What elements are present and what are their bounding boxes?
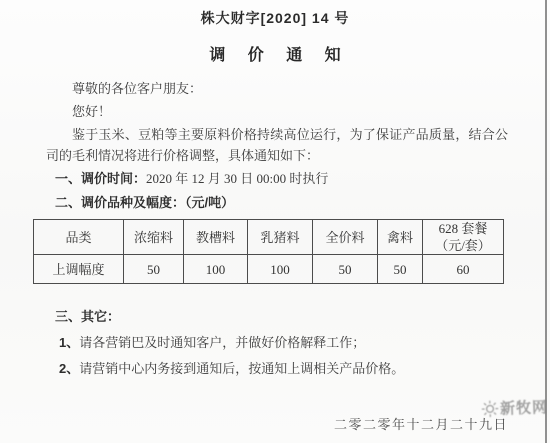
section-adjust-scope-label: 二、调价品种及幅度： — [55, 195, 185, 210]
price-table-cell: 100 — [184, 255, 248, 284]
section-adjust-scope: 二、调价品种及幅度：（元/吨） — [46, 192, 508, 213]
notice-document: 株大财字[2020] 14 号 调 价 通 知 尊敬的各位客户朋友： 您好！ 鉴… — [0, 0, 550, 443]
price-table-header: 品类 — [34, 220, 124, 255]
doc-number: 株大财字[2020] 14 号 — [0, 0, 550, 28]
watermark: 新牧网 — [481, 396, 549, 419]
section-adjust-scope-unit: （元/吨） — [185, 195, 234, 210]
other-item-2: 2、请营销中心内务接到通知后，按通知上调相关产品价格。 — [46, 358, 508, 379]
price-table-header: 浓缩料 — [124, 220, 184, 255]
price-table-cell: 50 — [313, 255, 378, 284]
section-other: 三、其它： — [46, 306, 508, 327]
section-other-label: 三、其它： — [55, 309, 120, 324]
price-table: 品类浓缩料教槽料乳猪料全价料禽料628 套餐（元/套）上调幅度501001005… — [33, 219, 504, 284]
other-item-2-text: 请营销中心内务接到通知后，按通知上调相关产品价格。 — [79, 361, 404, 376]
other-item-2-num: 2、 — [59, 361, 79, 376]
price-table-cell: 100 — [248, 255, 313, 284]
other-item-1-num: 1、 — [59, 335, 79, 350]
price-table-header: 教槽料 — [184, 220, 248, 255]
section-adjust-time-label: 一、调价时间： — [55, 171, 146, 186]
intro-paragraph: 鉴于玉米、豆粕等主要原料价格持续高位运行，为了保证产品质量，结合公司的毛利情况将… — [46, 124, 508, 166]
price-table-header: 全价料 — [313, 220, 378, 255]
section-adjust-time: 一、调价时间：2020 年 12 月 30 日 00:00 时执行 — [46, 168, 508, 189]
page-title: 调 价 通 知 — [0, 42, 550, 65]
price-table-header: 乳猪料 — [248, 220, 313, 255]
price-table-cell: 上调幅度 — [34, 255, 124, 284]
price-table-cell: 50 — [378, 255, 423, 284]
other-item-1: 1、请各营销巴及时通知客户，并做好价格解释工作； — [46, 332, 508, 353]
other-item-1-text: 请各营销巴及时通知客户，并做好价格解释工作； — [79, 335, 365, 350]
photo-edge-line — [545, 0, 547, 443]
price-table-header: 628 套餐（元/套） — [423, 220, 504, 255]
greeting-line: 尊敬的各位客户朋友： — [46, 78, 508, 99]
price-table-cell: 50 — [124, 255, 184, 284]
price-table-header-row: 品类浓缩料教槽料乳猪料全价料禽料628 套餐（元/套） — [34, 220, 504, 255]
document-body: 尊敬的各位客户朋友： 您好！ 鉴于玉米、豆粕等主要原料价格持续高位运行，为了保证… — [0, 78, 550, 379]
price-table-cell: 60 — [423, 255, 504, 284]
sun-logo-icon — [481, 399, 500, 418]
price-table-header: 禽料 — [378, 220, 423, 255]
salutation-line: 您好！ — [46, 101, 508, 122]
price-table-row: 上调幅度50100100505060 — [34, 255, 504, 284]
watermark-text: 新牧网 — [500, 396, 549, 419]
section-adjust-time-text: 2020 年 12 月 30 日 00:00 时执行 — [146, 171, 328, 186]
